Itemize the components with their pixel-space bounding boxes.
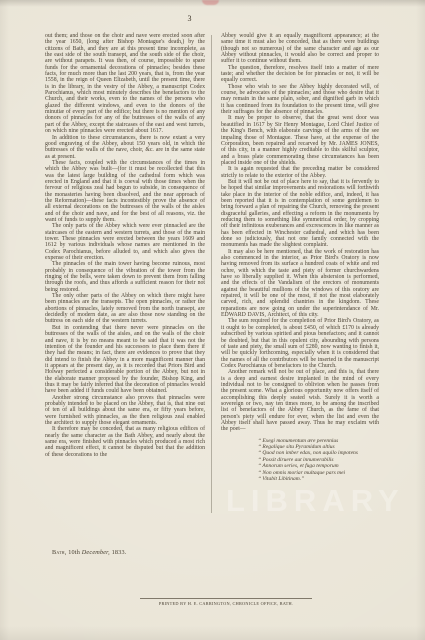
paragraph: Abbey would give it an equally magnifice… (221, 33, 379, 65)
watermark: LIBRARY (226, 483, 405, 519)
paragraph: The sum required for the completion of P… (221, 318, 379, 369)
paragraph: Another strong circumstance also proves … (45, 395, 205, 427)
left-column: out them; and those on the choir and nav… (45, 33, 205, 458)
dateline-month: December, (82, 549, 110, 556)
paragraph: But in contending that there never were … (45, 325, 205, 395)
paragraph: The only parts of the Abbey which were e… (45, 223, 205, 261)
document-page: 3 out them; and those on the choir and n… (0, 0, 425, 640)
paragraph: out them; and those on the choir and nav… (45, 33, 205, 135)
dateline-day: 10th (68, 549, 80, 556)
paragraph: In addition to these circumstances, ther… (45, 135, 205, 160)
page-number: 3 (0, 14, 379, 23)
paragraph: These facts, coupled with the circumstan… (45, 160, 205, 223)
printer-imprint-text: PRINTED BY H. E. CARRINGTON, CHRONICLE O… (140, 601, 312, 606)
paragraph: The only other parts of the Abbey on whi… (45, 293, 205, 325)
paragraph: It is again requested that the preceding… (221, 166, 379, 179)
dateline-place: Bath, (52, 549, 66, 556)
right-column: Abbey would give it an equally magnifice… (221, 33, 379, 483)
verse-block: “ Exegi monumentum ære perennius “ Regal… (258, 438, 379, 483)
dateline: Bath, 10th December, 1833. (52, 549, 127, 556)
paragraph: Another remark will not be out of place,… (221, 369, 379, 432)
printer-imprint: PRINTED BY H. E. CARRINGTON, CHRONICLE O… (140, 598, 312, 606)
paragraph: It therefore may be conceded, that as ma… (45, 426, 205, 458)
dateline-year: 1833. (112, 549, 127, 556)
paragraph: The question, therefore, resolves itself… (221, 65, 379, 84)
paragraph: But it will not be out of place here to … (221, 179, 379, 249)
paragraph: It may also be here mentioned, that the … (221, 249, 379, 319)
paragraph: Those who wish to see the Abbey highly d… (221, 84, 379, 116)
column-divider (211, 35, 212, 513)
paragraph: It may be proper to observe, that the gr… (221, 115, 379, 166)
scan-stain (202, 0, 219, 5)
verse-line: “ Vitabit Libitinam.” (258, 476, 379, 482)
paragraph: The pinnacles of the main tower having b… (45, 261, 205, 293)
